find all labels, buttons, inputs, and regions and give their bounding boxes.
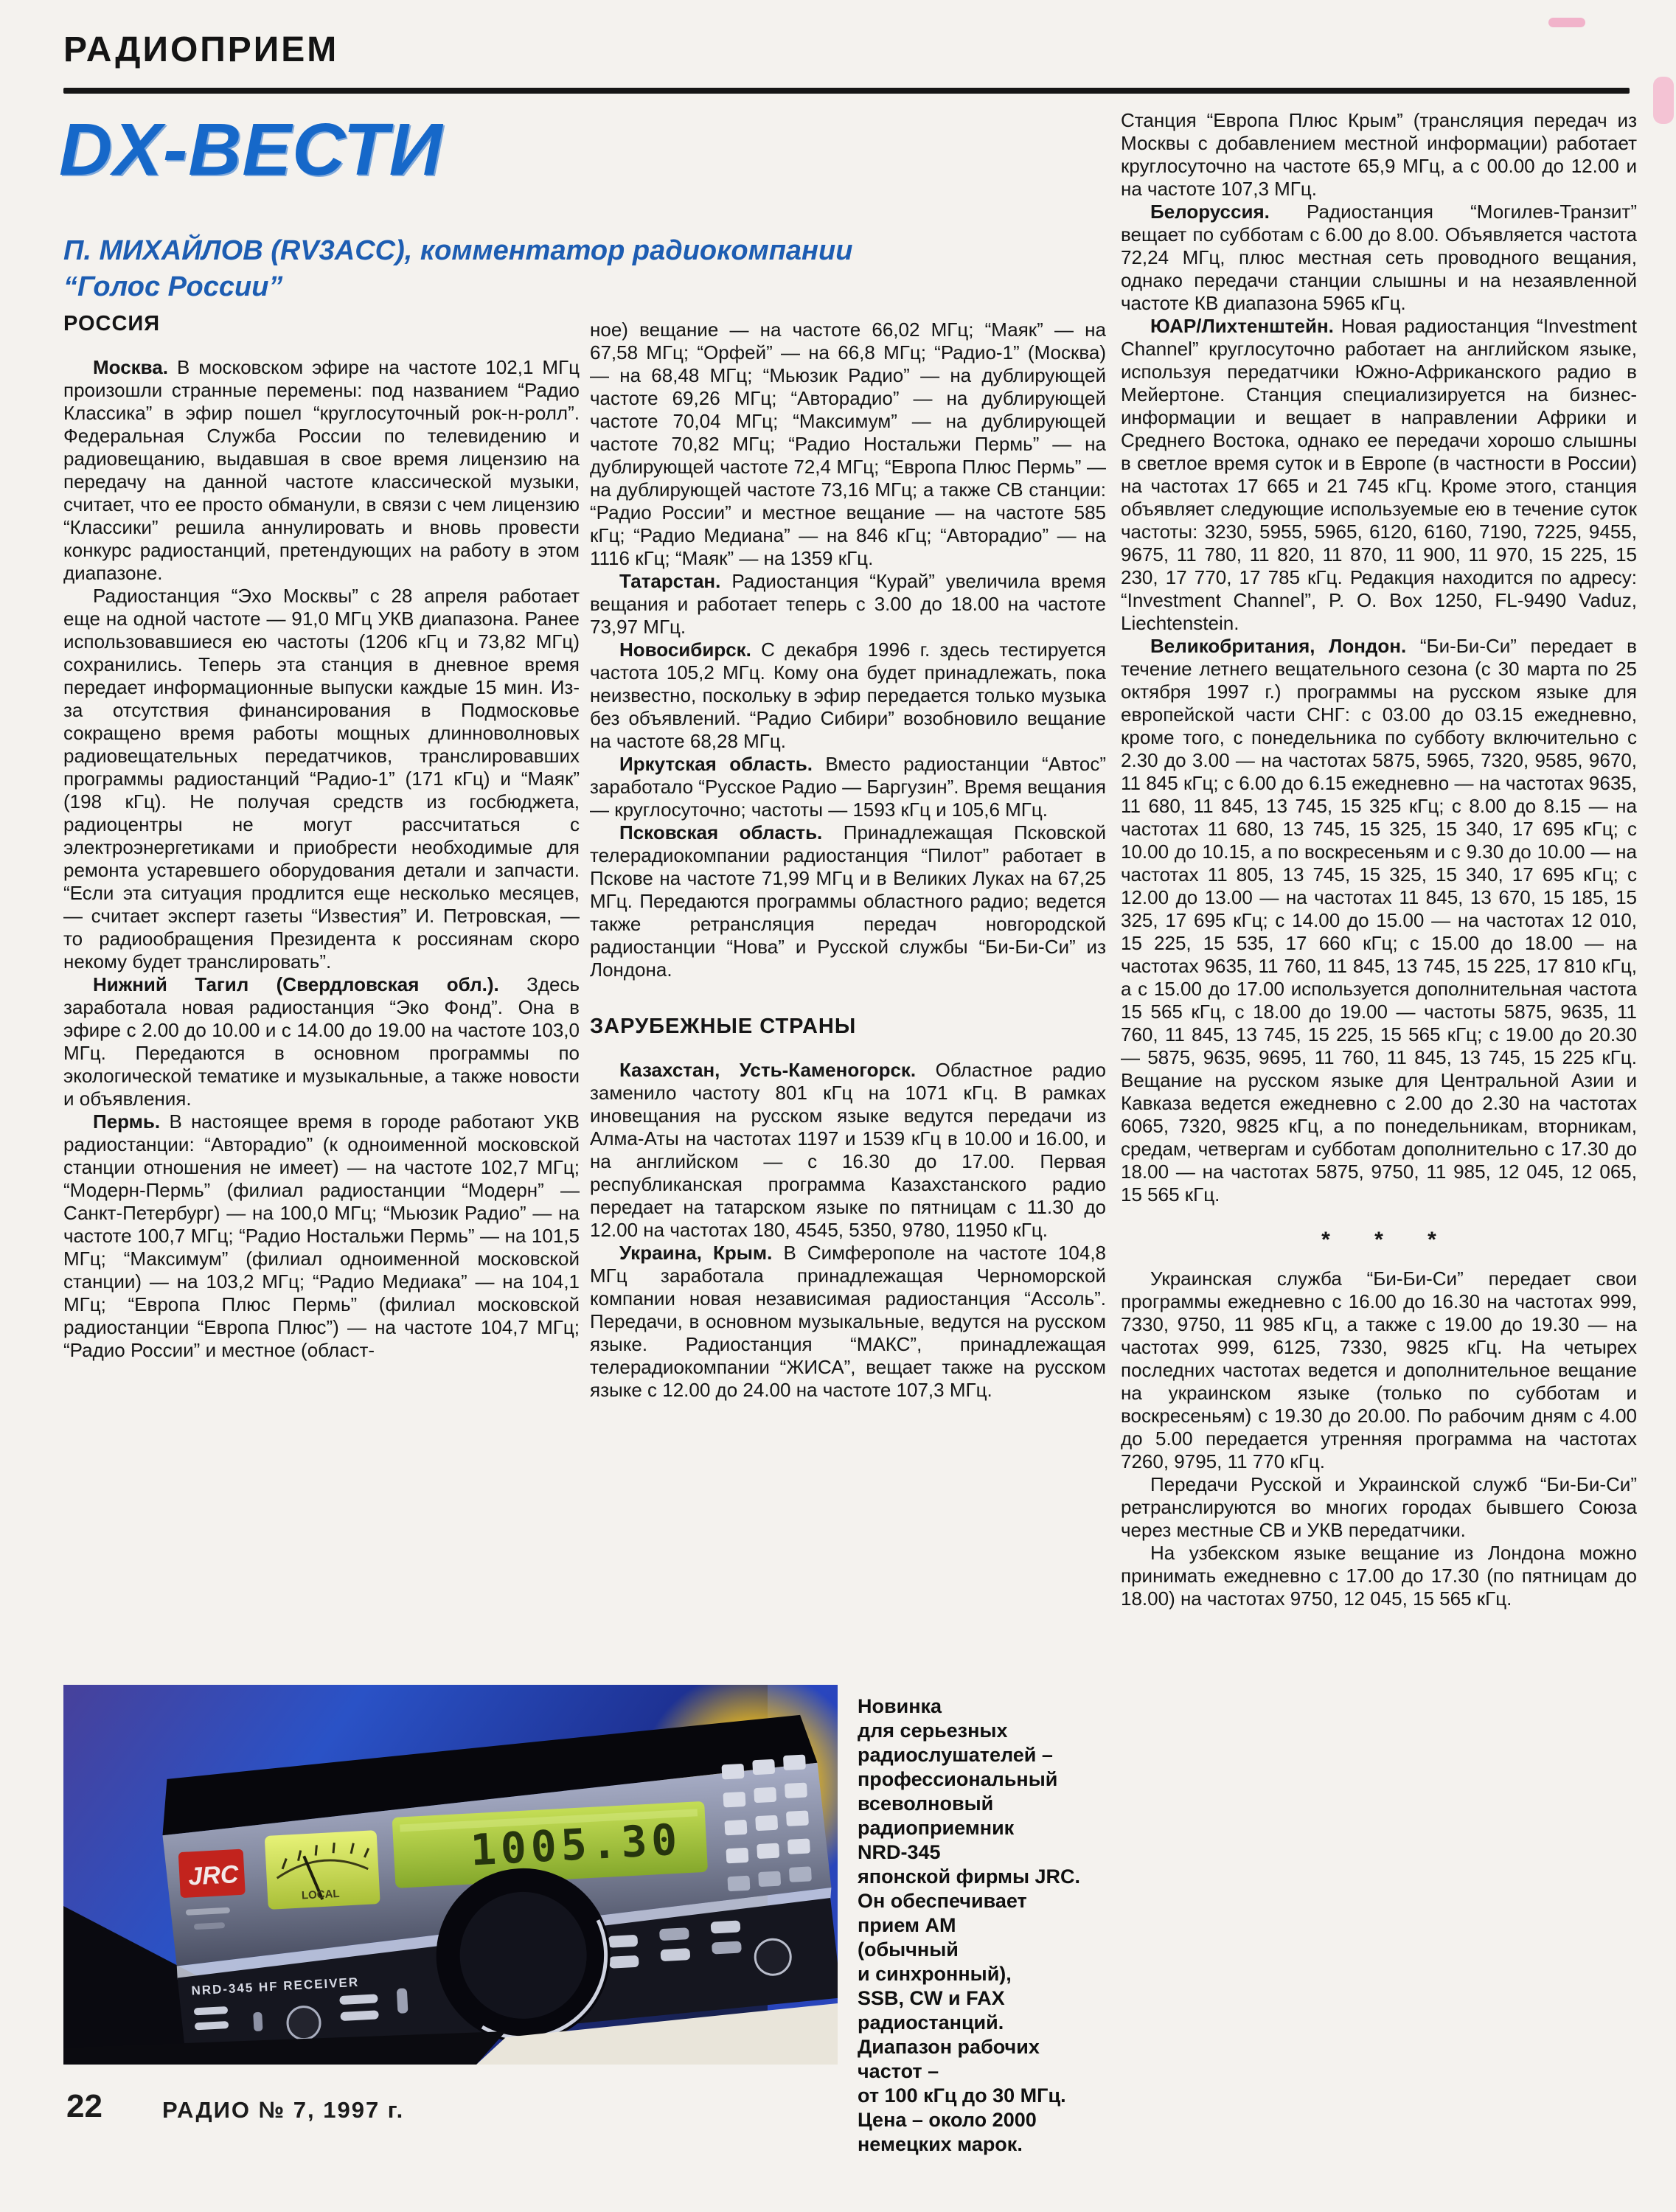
paragraph-text: “Би-Би-Си” передает в течение летнего ве… xyxy=(1121,635,1637,1206)
paragraph-lead: ЮАР/Лихтенштейн. xyxy=(1150,315,1334,337)
paragraph-lead: Москва. xyxy=(93,356,168,378)
paragraph-lead: Псковская область. xyxy=(619,821,822,844)
photo-caption: Новинка для серьезных радиослушателей – … xyxy=(858,1694,1132,2157)
section-heading: РОССИЯ xyxy=(63,313,580,335)
rubric-header: РАДИОПРИЕМ xyxy=(63,29,338,70)
section-heading: ЗАРУБЕЖНЫЕ СТРАНЫ xyxy=(590,1015,1106,1038)
article-paragraph: ЮАР/Лихтенштейн. Новая радиостанция “Inv… xyxy=(1121,315,1637,635)
receiver-photo: JRC LOCAL 1005.30 xyxy=(63,1685,838,2065)
article-paragraph: Москва. В московском эфире на частоте 10… xyxy=(63,356,580,585)
text-separator: * * * xyxy=(1121,1228,1637,1251)
article-title: DX-ВЕСТИ xyxy=(59,108,443,192)
paragraph-lead: Татарстан. xyxy=(619,570,720,592)
issue-label: РАДИО № 7, 1997 г. xyxy=(162,2097,404,2124)
paragraph-text: В настоящее время в городе работают УКВ … xyxy=(63,1110,580,1361)
meter-label: LOCAL xyxy=(302,1888,340,1902)
paragraph-lead: Пермь. xyxy=(93,1110,160,1133)
magazine-page: РАДИОПРИЕМ DX-ВЕСТИ П. МИХАЙЛОВ (RV3ACC)… xyxy=(0,0,1676,2212)
article-paragraph: ное) вещание — на частоте 66,02 МГц; “Ма… xyxy=(590,319,1106,570)
article-paragraph: Станция “Европа Плюс Крым” (трансляция п… xyxy=(1121,109,1637,201)
article-byline: П. МИХАЙЛОВ (RV3ACC), комментатор радиок… xyxy=(63,233,1096,305)
article-paragraph: Иркутская область. Вместо радиостанции “… xyxy=(590,753,1106,821)
text-column-1: РОССИЯМосква. В московском эфире на част… xyxy=(63,310,580,1683)
jrc-logo-text: JRC xyxy=(187,1860,239,1891)
article-paragraph: Радиостанция “Эхо Москвы” с 28 апреля ра… xyxy=(63,585,580,973)
article-paragraph: Псковская область. Принадлежащая Псковск… xyxy=(590,821,1106,981)
print-mark xyxy=(1653,77,1674,124)
paragraph-lead: Великобритания, Лондон. xyxy=(1150,635,1406,657)
header-rule xyxy=(63,88,1630,94)
paragraph-text: В Симферополе на частоте 104,8 МГц зараб… xyxy=(590,1242,1106,1401)
print-mark xyxy=(1548,18,1585,27)
paragraph-text: В московском эфире на частоте 102,1 МГц … xyxy=(63,356,580,584)
paragraph-text: Областное радио заменило частоту 801 кГц… xyxy=(590,1059,1106,1241)
receiver-photo-art: JRC LOCAL 1005.30 xyxy=(63,1685,838,2065)
article-paragraph: Передачи Русской и Украинской служб “Би-… xyxy=(1121,1473,1637,1542)
article-paragraph: Татарстан. Радиостанция “Курай” увеличил… xyxy=(590,570,1106,639)
article-paragraph: Новосибирск. С декабря 1996 г. здесь тес… xyxy=(590,639,1106,753)
article-paragraph: Пермь. В настоящее время в городе работа… xyxy=(63,1110,580,1362)
text-column-2: ное) вещание — на частоте 66,02 МГц; “Ма… xyxy=(590,319,1106,1683)
article-paragraph: Украина, Крым. В Симферополе на частоте … xyxy=(590,1242,1106,1402)
article-paragraph: Казахстан, Усть-Каменогорск. Областное р… xyxy=(590,1059,1106,1242)
article-paragraph: На узбекском языке вещание из Лондона мо… xyxy=(1121,1542,1637,1610)
paragraph-lead: Украина, Крым. xyxy=(619,1242,772,1264)
paragraph-lead: Новосибирск. xyxy=(619,639,751,661)
paragraph-lead: Нижний Тагил (Свердловская обл.). xyxy=(93,973,499,995)
article-paragraph: Нижний Тагил (Свердловская обл.). Здесь … xyxy=(63,973,580,1110)
paragraph-text: Принадлежащая Псковской телерадиокомпани… xyxy=(590,821,1106,981)
article-paragraph: Белоруссия. Радиостанция “Могилев-Транзи… xyxy=(1121,201,1637,315)
page-number: 22 xyxy=(66,2088,102,2125)
article-paragraph: Великобритания, Лондон. “Би-Би-Си” перед… xyxy=(1121,635,1637,1206)
paragraph-text: Новая радиостанция “Investment Channel” … xyxy=(1121,315,1637,634)
article-paragraph: Украинская служба “Би-Би-Си” передает св… xyxy=(1121,1267,1637,1473)
paragraph-lead: Белоруссия. xyxy=(1150,201,1270,223)
paragraph-lead: Казахстан, Усть-Каменогорск. xyxy=(619,1059,916,1081)
text-column-3: Станция “Европа Плюс Крым” (трансляция п… xyxy=(1121,109,1637,2144)
paragraph-lead: Иркутская область. xyxy=(619,753,813,775)
